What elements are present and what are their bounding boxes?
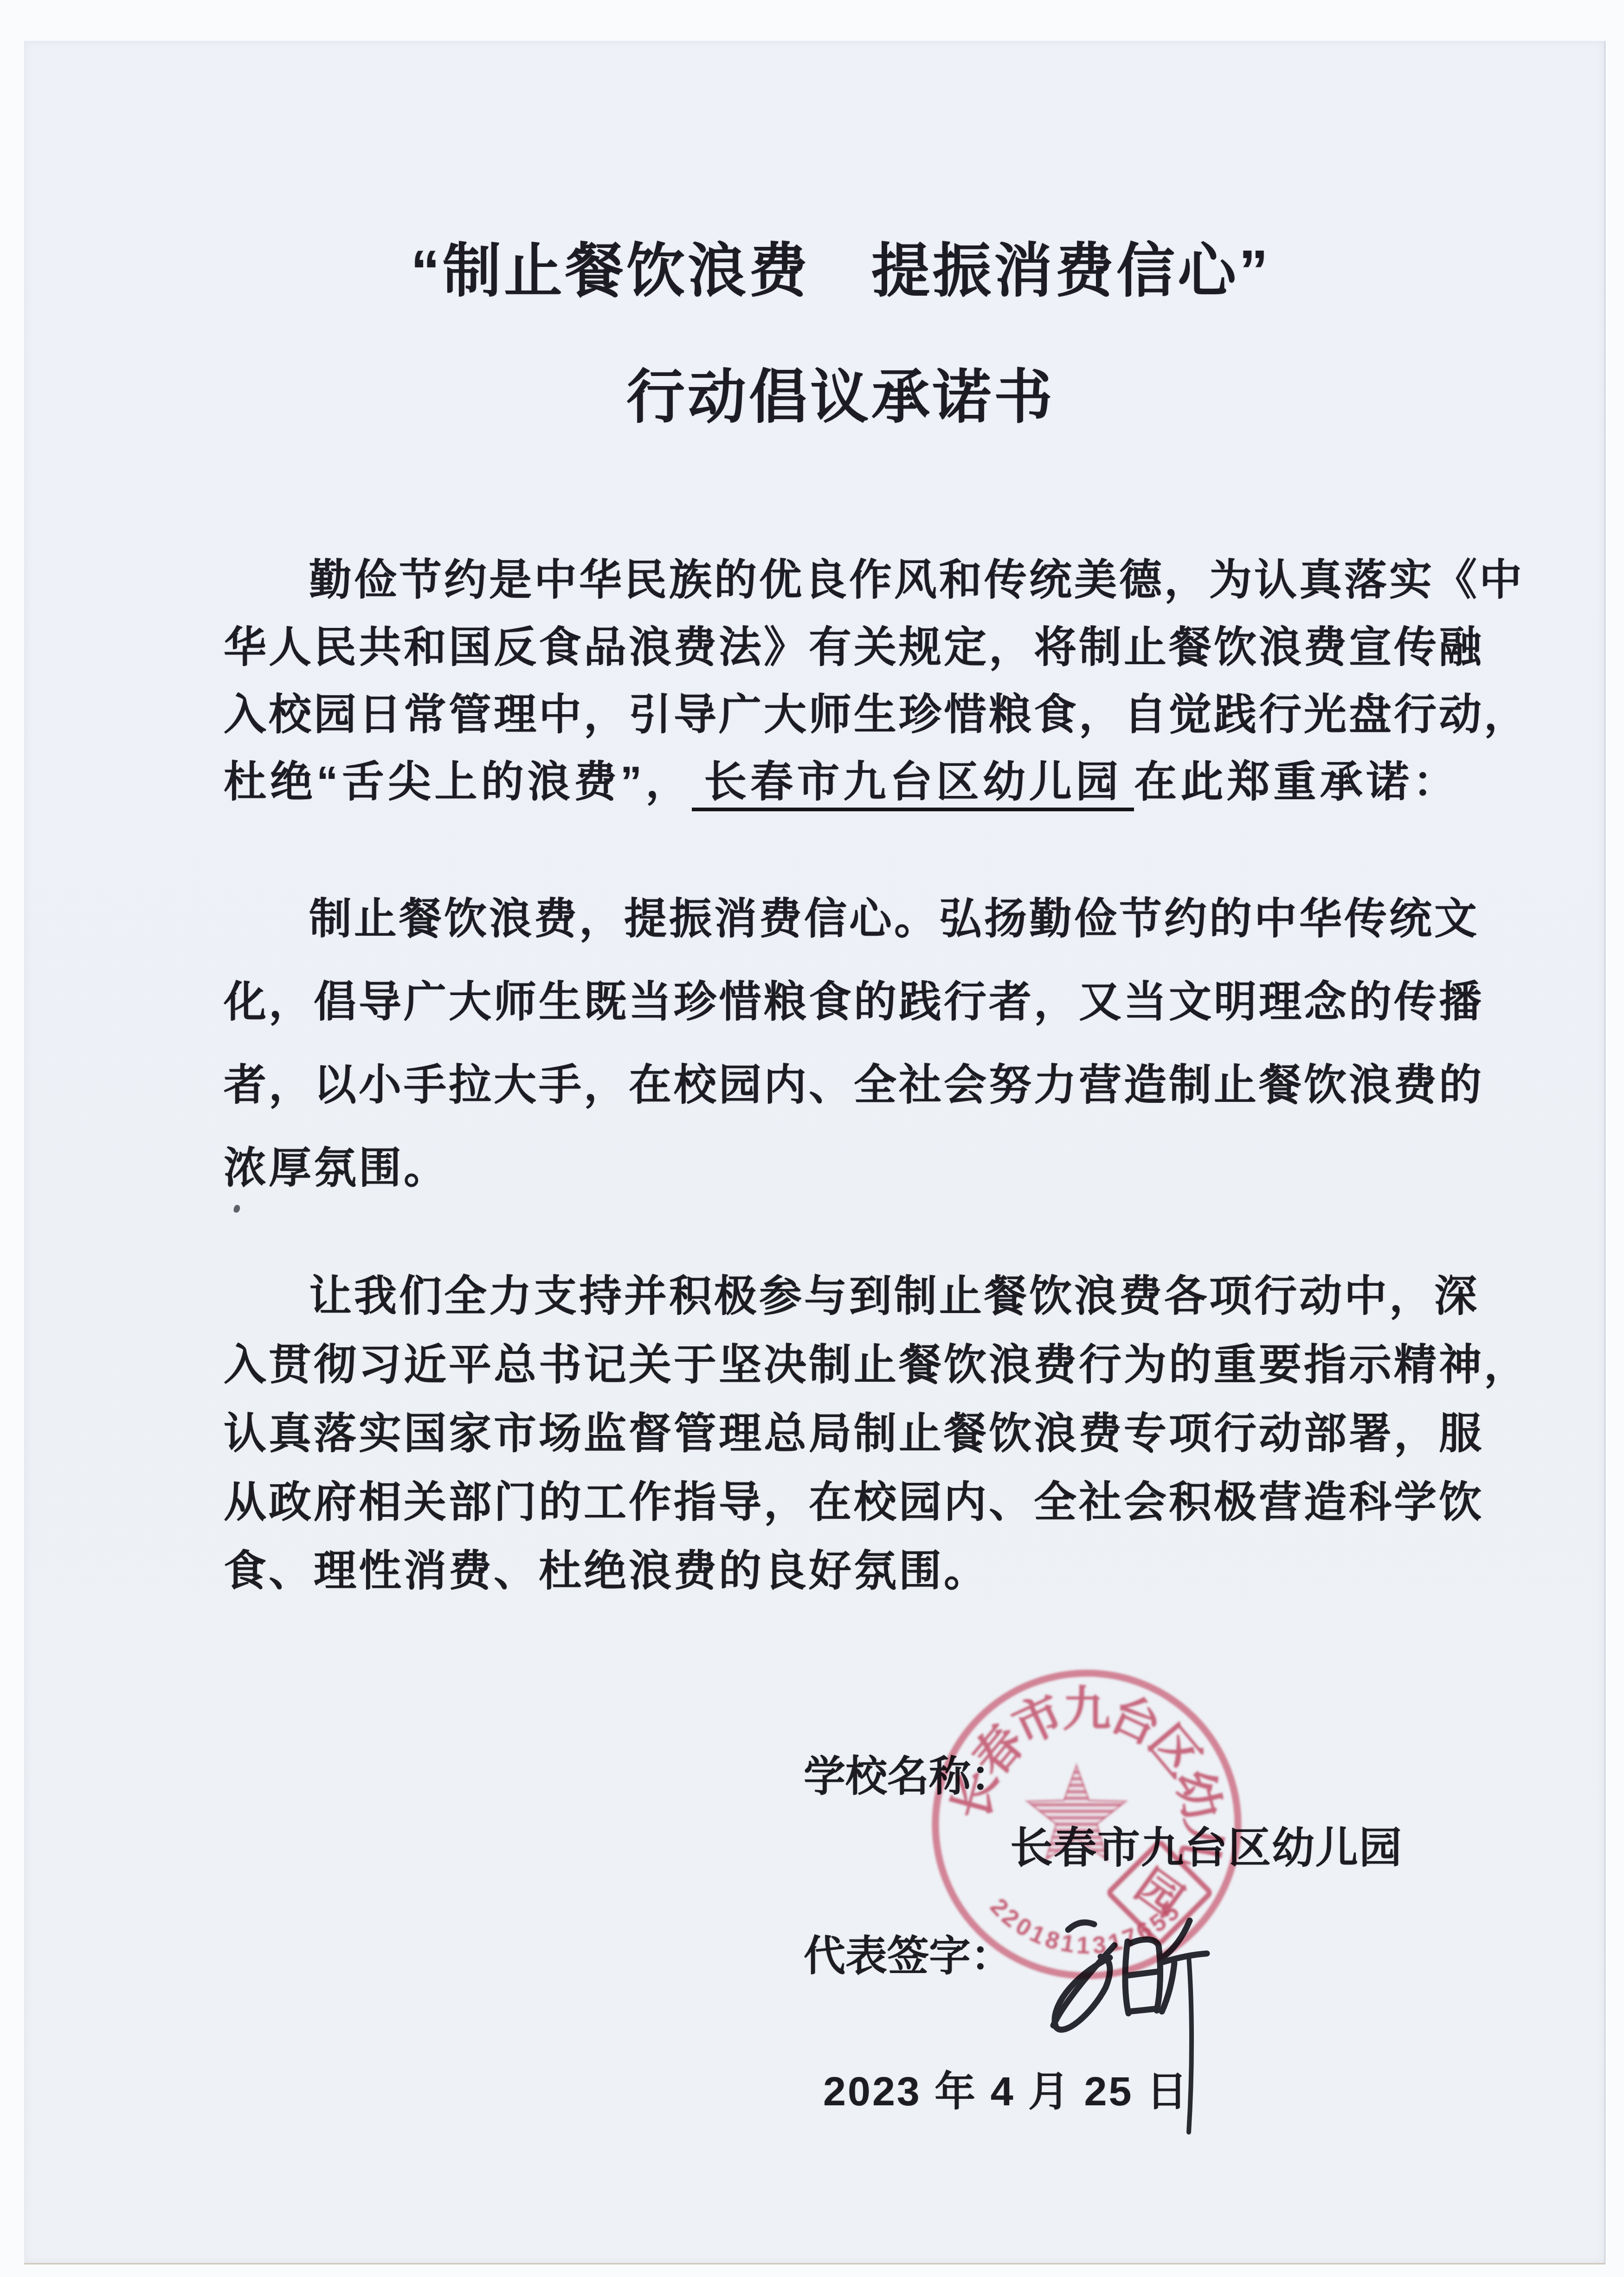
- paragraph-3-line-4: 从政府相关部门的工作指导，在校园内、全社会积极营造科学饮: [224, 1468, 1458, 1537]
- paragraph-2-line-4: 浓厚氛围。: [224, 1127, 1458, 1210]
- signature-stroke-box-mid: [1128, 1972, 1158, 1975]
- paragraph-1: 勤俭节约是中华民族的优良作风和传统美德，为认真落实《中 华人民共和国反食品浪费法…: [224, 547, 1458, 816]
- signature-stroke-box-bottom: [1129, 2009, 1156, 2012]
- handwritten-signature: [1022, 1902, 1235, 2162]
- paragraph-3-line-5: 食、理性消费、杜绝浪费的良好氛围。: [224, 1537, 1458, 1605]
- signature-stroke-descender: [1189, 1957, 1192, 2132]
- school-name-underlined: 长春市九台区幼儿园: [692, 758, 1134, 811]
- signature-stroke-left-falling: [1162, 1921, 1190, 1958]
- signature-stroke-loop: [1055, 1957, 1110, 2030]
- paragraph-3: 让我们全力支持并积极参与到制止餐饮浪费各项行动中，深 入贯彻习近平总书记关于坚决…: [224, 1262, 1458, 1605]
- paragraph-3-line-1: 让我们全力支持并积极参与到制止餐饮浪费各项行动中，深: [224, 1262, 1458, 1331]
- document-title-line2: 行动倡议承诺书: [224, 367, 1458, 428]
- paragraph-1-line-3: 入校园日常管理中，引导广大师生珍惜粮食，自觉践行光盘行动，: [224, 681, 1458, 749]
- paragraph-1-line-1: 勤俭节约是中华民族的优良作风和传统美德，为认真落实《中: [224, 547, 1458, 614]
- document-title-line1: “制止餐饮浪费 提振消费信心”: [224, 240, 1458, 302]
- paragraph-1-line-2: 华人民共和国反食品浪费法》有关规定，将制止餐饮浪费宣传融: [224, 614, 1458, 681]
- paragraph-2-line-2: 化，倡导广大师生既当珍惜粮食的践行者，又当文明理念的传播: [224, 961, 1458, 1044]
- line4-after-text: 在此郑重承诺：: [1134, 758, 1458, 806]
- scanned-page: “制止餐饮浪费 提振消费信心” 行动倡议承诺书 勤俭节约是中华民族的优良作风和传…: [24, 41, 1605, 2264]
- paragraph-1-line-4: 杜绝“舌尖上的浪费”，长春市九台区幼儿园在此郑重承诺：: [224, 749, 1458, 816]
- paragraph-2-line-3: 者，以小手拉大手，在校园内、全社会努力营造制止餐饮浪费的: [224, 1044, 1458, 1127]
- paragraph-3-line-2: 入贯彻习近平总书记关于坚决制止餐饮浪费行为的重要指示精神，: [224, 1331, 1458, 1399]
- seal-arc-char-8: 儿: [1169, 1816, 1230, 1873]
- line4-before-text: 杜绝“舌尖上的浪费”，: [224, 758, 692, 806]
- paragraph-3-line-3: 认真落实国家市场监督管理总局制止餐饮浪费专项行动部署，服: [224, 1399, 1458, 1468]
- paragraph-2-line-1: 制止餐饮浪费，提振消费信心。弘扬勤俭节约的中华传统文: [224, 878, 1458, 961]
- paragraph-2: 制止餐饮浪费，提振消费信心。弘扬勤俭节约的中华传统文 化，倡导广大师生既当珍惜粮…: [224, 878, 1458, 1210]
- signature-stroke-short-leg: [1162, 1963, 1174, 2012]
- signature-stroke-tick: [1068, 1922, 1094, 1930]
- seal-star-icon: [1027, 1766, 1126, 1860]
- seal-arc-char-4: 九: [1063, 1683, 1111, 1737]
